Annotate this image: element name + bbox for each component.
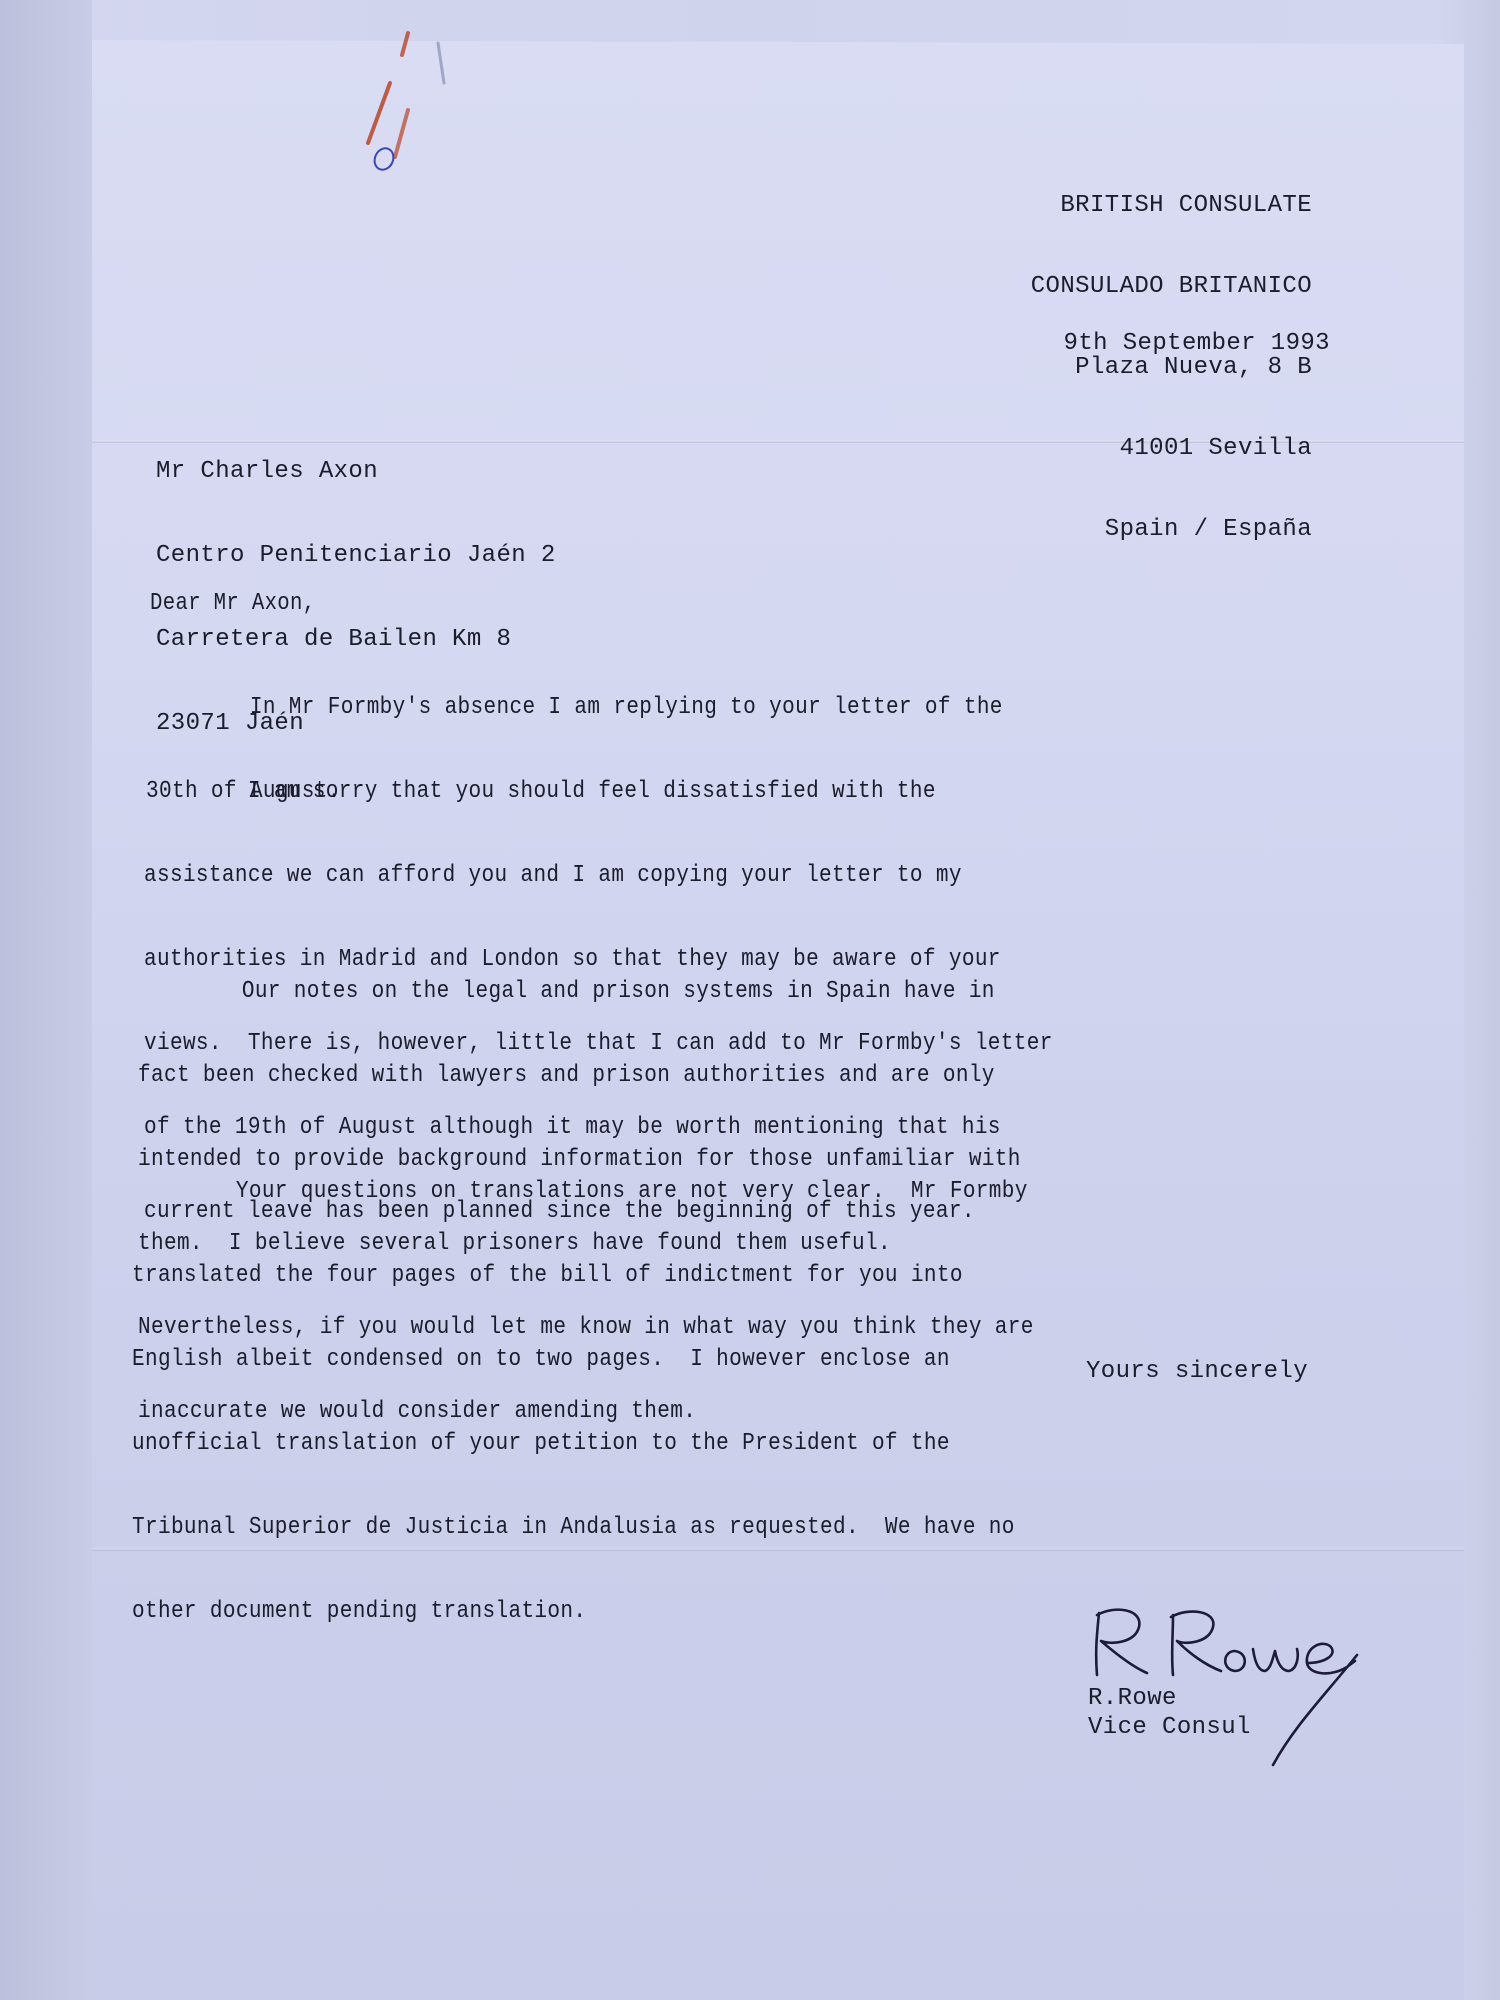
- signer-title: Vice Consul: [1088, 1714, 1251, 1742]
- letter-date: 9th September 1993: [1064, 330, 1330, 358]
- sender-line: Spain / España: [1031, 516, 1312, 543]
- signer-name: R.Rowe: [1088, 1685, 1177, 1713]
- sender-line: CONSULADO BRITANICO: [1031, 273, 1312, 300]
- handwritten-annotation-icon: [340, 25, 480, 175]
- salutation: Dear Mr Axon,: [150, 590, 315, 618]
- paper-edge: [0, 0, 92, 2000]
- paragraph-line: In Mr Formby's absence I am replying to …: [146, 694, 1003, 722]
- sender-line: 41001 Sevilla: [1031, 435, 1312, 462]
- recipient-line: Centro Penitenciario Jaén 2: [156, 542, 556, 570]
- paragraph-line: Tribunal Superior de Justicia in Andalus…: [132, 1514, 1028, 1542]
- paragraph-line: unofficial translation of your petition …: [132, 1430, 1028, 1458]
- paragraph-line: Our notes on the legal and prison system…: [138, 978, 1034, 1006]
- closing: Yours sincerely: [1086, 1358, 1308, 1386]
- paragraph-line: assistance we can afford you and I am co…: [144, 862, 1053, 890]
- paragraph-line: other document pending translation.: [132, 1598, 1028, 1626]
- sender-line: Plaza Nueva, 8 B: [1031, 354, 1312, 381]
- paragraph-line: English albeit condensed on to two pages…: [132, 1346, 1028, 1374]
- sender-line: BRITISH CONSULATE: [1031, 192, 1312, 219]
- body-paragraph-4: Your questions on translations are not v…: [132, 1122, 1028, 1654]
- paragraph-line: translated the four pages of the bill of…: [132, 1262, 1028, 1290]
- recipient-line: Mr Charles Axon: [156, 458, 556, 486]
- paragraph-line: I am sorry that you should feel dissatis…: [144, 778, 1053, 806]
- paragraph-line: fact been checked with lawyers and priso…: [138, 1062, 1034, 1090]
- paragraph-line: Your questions on translations are not v…: [132, 1178, 1028, 1206]
